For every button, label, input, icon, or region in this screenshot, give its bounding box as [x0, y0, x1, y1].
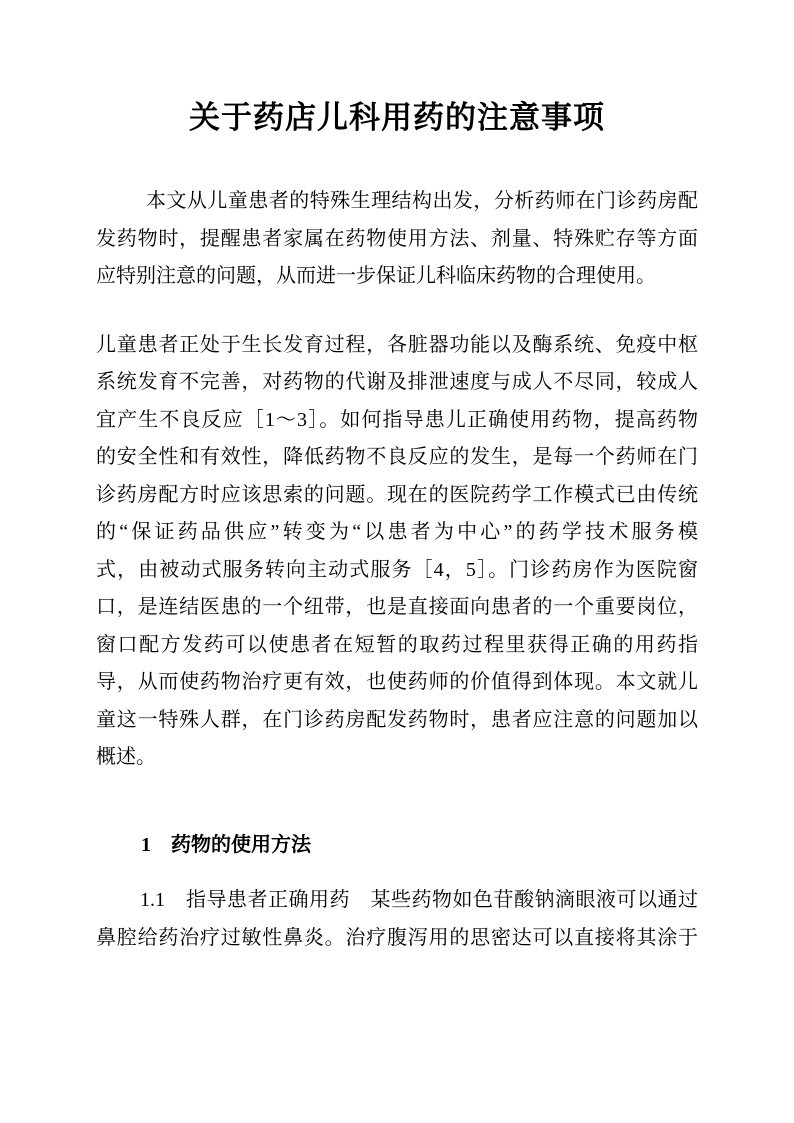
intro-line: 导，从而使药物治疗更有效，也使药师的价值得到体现。本文就儿 [96, 664, 698, 702]
abstract-line: 本文从儿童患者的特殊生理结构出发，分析药师在门诊药房配 [96, 183, 698, 221]
intro-line: 童这一特殊人群，在门诊药房配发药物时，患者应注意的问题加以 [96, 702, 698, 740]
abstract-line: 发药物时，提醒患者家属在药物使用方法、剂量、特殊贮存等方面 [96, 221, 698, 259]
intro-line: 儿童患者正处于生长发育过程，各脏器功能以及酶系统、免疫中枢 [96, 327, 698, 365]
intro-line: 概述。 [96, 739, 698, 777]
intro-line: 诊药房配方时应该思索的问题。现在的医院药学工作模式已由传统 [96, 477, 698, 515]
section-1-1-line: 1.1 指导患者正确用药 某些药物如色苷酸钠滴眼液可以通过 [96, 882, 698, 920]
document-title: 关于药店儿科用药的注意事项 [96, 98, 698, 138]
section-1-1-paragraph: 1.1 指导患者正确用药 某些药物如色苷酸钠滴眼液可以通过 鼻腔给药治疗过敏性鼻… [96, 882, 698, 957]
intro-line: 的“保证药品供应”转变为“以患者为中心”的药学技术服务模 [96, 514, 698, 552]
intro-line: 窗口配方发药可以使患者在短暂的取药过程里获得正确的用药指 [96, 627, 698, 665]
intro-line: 式，由被动式服务转向主动式服务［4，5］。门诊药房作为医院窗 [96, 552, 698, 590]
intro-line: 的安全性和有效性，降低药物不良反应的发生，是每一个药师在门 [96, 439, 698, 477]
document-page: 关于药店儿科用药的注意事项 本文从儿童患者的特殊生理结构出发，分析药师在门诊药房… [0, 0, 794, 1123]
section-1-heading: 1 药物的使用方法 [96, 827, 698, 865]
section-1-1-line: 鼻腔给药治疗过敏性鼻炎。治疗腹泻用的思密达可以直接将其涂于 [96, 920, 698, 958]
intro-line: 口，是连结医患的一个纽带，也是直接面向患者的一个重要岗位， [96, 589, 698, 627]
abstract-paragraph: 本文从儿童患者的特殊生理结构出发，分析药师在门诊药房配 发药物时，提醒患者家属在… [96, 183, 698, 296]
abstract-line: 应特别注意的问题，从而进一步保证儿科临床药物的合理使用。 [96, 258, 698, 296]
intro-paragraph: 儿童患者正处于生长发育过程，各脏器功能以及酶系统、免疫中枢 系统发育不完善，对药… [96, 327, 698, 777]
intro-line: 宜产生不良反应［1～3］。如何指导患儿正确使用药物，提高药物 [96, 402, 698, 440]
intro-line: 系统发育不完善，对药物的代谢及排泄速度与成人不尽同，较成人 [96, 364, 698, 402]
